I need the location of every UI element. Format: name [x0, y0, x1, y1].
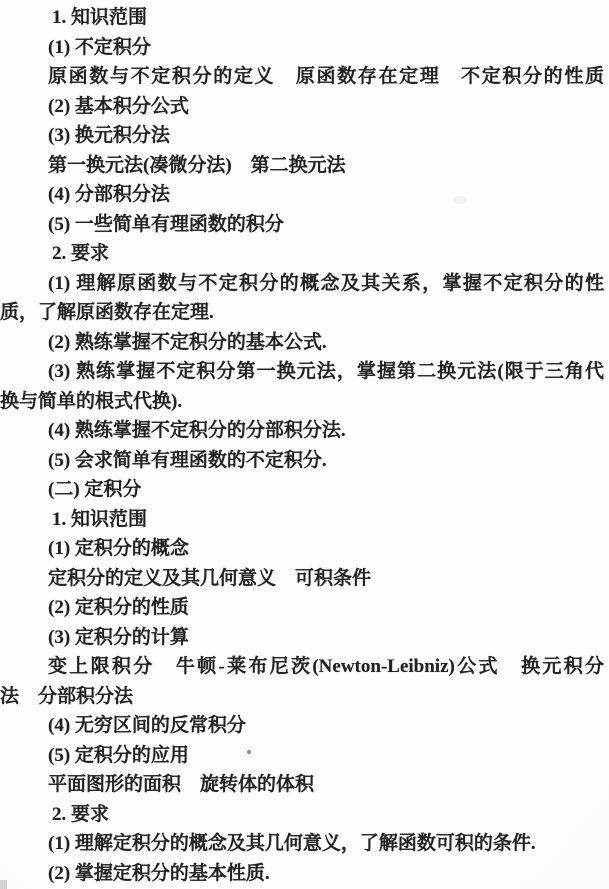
- text-line: (1) 理解原函数与不定积分的概念及其关系，掌握不定积分的性: [0, 269, 604, 299]
- text-line: (5) 一些简单有理函数的积分: [0, 210, 604, 240]
- text-line: (2) 基本积分公式: [0, 92, 604, 122]
- text-line: (4) 无穷区间的反常积分: [0, 711, 604, 741]
- text-line: 1. 知识范围: [0, 505, 604, 535]
- text-line: 原函数与不定积分的定义 原函数存在定理 不定积分的性质: [0, 62, 604, 92]
- text-line: (1) 定积分的概念: [0, 534, 604, 564]
- scanned-page: 1. 知识范围(1) 不定积分原函数与不定积分的定义 原函数存在定理 不定积分的…: [0, 0, 609, 889]
- text-line: 法 分部积分法: [0, 682, 604, 712]
- syllabus-text-block: 1. 知识范围(1) 不定积分原函数与不定积分的定义 原函数存在定理 不定积分的…: [0, 0, 609, 888]
- text-line: (1) 理解定积分的概念及其几何意义，了解函数可积的条件.: [0, 829, 604, 859]
- text-line: (5) 会求简单有理函数的不定积分.: [0, 446, 604, 476]
- text-line: (3) 熟练掌握不定积分第一换元法，掌握第二换元法(限于三角代: [0, 357, 604, 387]
- text-line: (2) 熟练掌握不定积分的基本公式.: [0, 328, 604, 358]
- text-line: 定积分的定义及其几何意义 可积条件: [0, 564, 604, 594]
- text-line: (3) 换元积分法: [0, 121, 604, 151]
- text-line: (2) 掌握定积分的基本性质.: [0, 859, 604, 889]
- text-line: (3) 定积分的计算: [0, 623, 604, 653]
- text-line: 第一换元法(凑微分法) 第二换元法: [0, 151, 604, 181]
- text-line: 换与简单的根式代换).: [0, 387, 604, 417]
- text-line: 变上限积分 牛顿-莱布尼茨(Newton-Leibniz)公式 换元积分: [0, 652, 604, 682]
- text-line: (二) 定积分: [0, 475, 604, 505]
- text-line: 2. 要求: [0, 800, 604, 830]
- text-line: (1) 不定积分: [0, 33, 604, 63]
- text-line: (4) 熟练掌握不定积分的分部积分法.: [0, 416, 604, 446]
- text-line: (4) 分部积分法: [0, 180, 604, 210]
- text-line: 平面图形的面积 旋转体的体积: [0, 770, 604, 800]
- text-line: 1. 知识范围: [0, 3, 604, 33]
- text-line: 质，了解原函数存在定理.: [0, 298, 604, 328]
- text-line: (2) 定积分的性质: [0, 593, 604, 623]
- text-line: 2. 要求: [0, 239, 604, 269]
- text-line: (5) 定积分的应用: [0, 741, 604, 771]
